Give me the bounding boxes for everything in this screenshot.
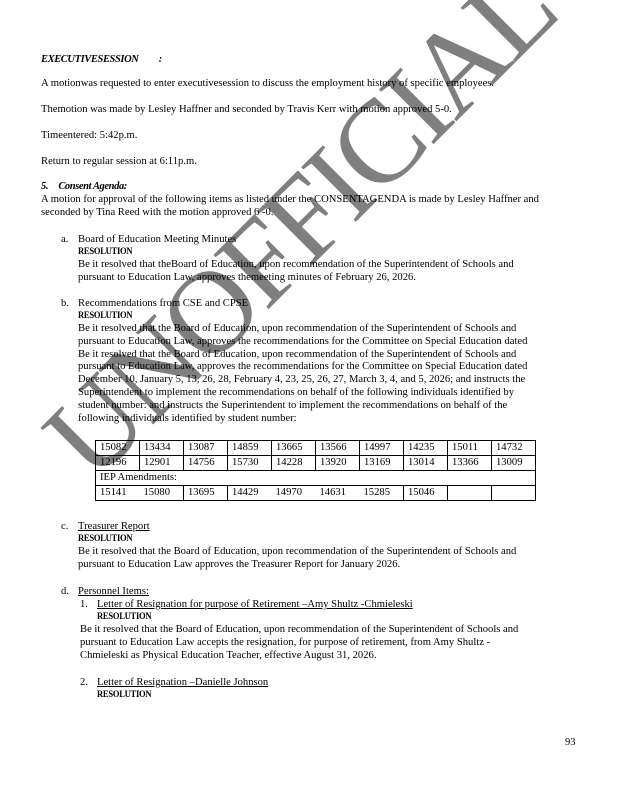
student-number-cell: 14859 <box>228 441 272 456</box>
table-row: 1508213434130871485913665135661499714235… <box>96 441 536 456</box>
student-number-cell: 13434 <box>140 441 184 456</box>
item-a-resolution-label: RESOLUTION <box>78 246 132 259</box>
iep-row: 1514115080136951442914970146311528515046 <box>96 486 536 501</box>
resolution-line: Be it resolved that theBoard of Educatio… <box>78 259 514 272</box>
subitem-1-number: 1. <box>80 598 88 611</box>
iep-student-number-cell: 15080 <box>140 486 184 501</box>
resolution-line: pursuant to Education Law approves the T… <box>78 559 516 572</box>
iep-student-number-cell: 14970 <box>272 486 316 501</box>
resolution-line: pursuant to Education Law, approves them… <box>78 272 514 285</box>
student-number-cell: 13087 <box>184 441 228 456</box>
resolution-line: pursuant to Education Law, approves the … <box>78 361 527 374</box>
student-number-cell: 13665 <box>272 441 316 456</box>
student-number-cell: 13366 <box>448 456 492 471</box>
student-number-table: 1508213434130871485913665135661499714235… <box>95 440 536 501</box>
item-c-resolution-text: Be it resolved that the Board of Educati… <box>78 546 516 572</box>
consent-motion-line-1: A motion for approval of the following i… <box>41 193 539 206</box>
item-d-letter: d. <box>61 585 69 598</box>
item-a-letter: a. <box>61 233 68 246</box>
item-b-resolution-label: RESOLUTION <box>78 310 132 323</box>
student-number-cell: 15011 <box>448 441 492 456</box>
iep-student-number-cell: 15285 <box>360 486 404 501</box>
subitem-2-number: 2. <box>80 676 88 689</box>
student-number-cell: 13566 <box>316 441 360 456</box>
resolution-line: Chmieleski as Physical Education Teacher… <box>80 650 518 663</box>
iep-label-row: IEP Amendments: <box>96 471 536 486</box>
item-c-title: Treasurer Report <box>78 520 150 533</box>
resolution-line: Superintendent to implement the recommen… <box>78 387 527 400</box>
item-a-resolution-text: Be it resolved that theBoard of Educatio… <box>78 259 514 285</box>
resolution-line: following individuals identified by stud… <box>78 413 527 426</box>
student-number-cell: 13920 <box>316 456 360 471</box>
iep-student-number-cell: 14631 <box>316 486 360 501</box>
subitem-2-resolution-label: RESOLUTION <box>97 689 151 702</box>
consent-agenda-heading: 5. Consent Agenda: <box>41 180 127 193</box>
student-number-cell: 14756 <box>184 456 228 471</box>
iep-student-number-cell <box>492 486 536 501</box>
executive-motion-request: A motionwas requested to enter executive… <box>41 77 494 90</box>
student-number-cell: 13009 <box>492 456 536 471</box>
iep-student-number-cell: 13695 <box>184 486 228 501</box>
subitem-1-resolution-label: RESOLUTION <box>97 611 151 624</box>
resolution-line: Be it resolved that the Board of Educati… <box>78 323 527 336</box>
student-number-cell: 15082 <box>96 441 140 456</box>
student-number-cell: 15730 <box>228 456 272 471</box>
resolution-line: December 10, January 5, 13, 26, 28, Febr… <box>78 374 527 387</box>
subitem-1-resolution-text: Be it resolved that the Board of Educati… <box>80 624 518 662</box>
item-d-title: Personnel Items: <box>78 585 149 598</box>
page-number: 93 <box>565 736 576 749</box>
iep-student-number-cell <box>448 486 492 501</box>
subitem-2-title: Letter of Resignation –Danielle Johnson <box>97 676 268 689</box>
executive-session-title: EXECUTIVESESSION <box>41 54 138 65</box>
item-c-resolution-label: RESOLUTION <box>78 533 132 546</box>
student-number-cell: 14235 <box>404 441 448 456</box>
page-content: EXECUTIVESESSION : A motionwas requested… <box>0 0 618 800</box>
heading-colon: : <box>159 54 162 65</box>
table-row: 1219612901147561573014228139201316913014… <box>96 456 536 471</box>
resolution-line: Be it resolved that the Board of Educati… <box>78 546 516 559</box>
student-number-cell: 14228 <box>272 456 316 471</box>
iep-student-number-cell: 15141 <box>96 486 140 501</box>
resolution-line: student number: and instructs the Superi… <box>78 400 527 413</box>
time-entered: Timeentered: 5:42p.m. <box>41 129 137 142</box>
student-number-cell: 13014 <box>404 456 448 471</box>
document-page: UNOFFICIAL EXECUTIVESESSION : A motionwa… <box>0 0 618 800</box>
student-number-cell: 12901 <box>140 456 184 471</box>
executive-session-heading: EXECUTIVESESSION : <box>41 53 162 66</box>
return-to-session: Return to regular session at 6:11p.m. <box>41 155 197 168</box>
student-number-cell: 14997 <box>360 441 404 456</box>
item-b-title: Recommendations from CSE and CPSE <box>78 297 248 310</box>
resolution-line: pursuant to Education Law, approves the … <box>78 336 527 349</box>
section-number: 5. <box>41 181 48 192</box>
iep-amendments-label: IEP Amendments: <box>96 471 536 486</box>
item-a-title: Board of Education Meeting Minutes <box>78 233 236 246</box>
section-title: Consent Agenda: <box>58 181 127 192</box>
subitem-1-title: Letter of Resignation for purpose of Ret… <box>97 598 413 611</box>
item-b-letter: b. <box>61 297 69 310</box>
iep-student-number-cell: 15046 <box>404 486 448 501</box>
iep-student-number-cell: 14429 <box>228 486 272 501</box>
student-number-cell: 13169 <box>360 456 404 471</box>
consent-motion-line-2: seconded by Tina Reed with the motion ap… <box>41 206 273 219</box>
resolution-line: pursuant to Education Law accepts the re… <box>80 637 518 650</box>
resolution-line: Be it resolved that the Board of Educati… <box>78 349 527 362</box>
student-number-cell: 12196 <box>96 456 140 471</box>
item-b-resolution-text: Be it resolved that the Board of Educati… <box>78 323 527 425</box>
executive-motion-made: Themotion was made by Lesley Haffner and… <box>41 103 452 116</box>
student-number-cell: 14732 <box>492 441 536 456</box>
item-c-letter: c. <box>61 520 68 533</box>
resolution-line: Be it resolved that the Board of Educati… <box>80 624 518 637</box>
